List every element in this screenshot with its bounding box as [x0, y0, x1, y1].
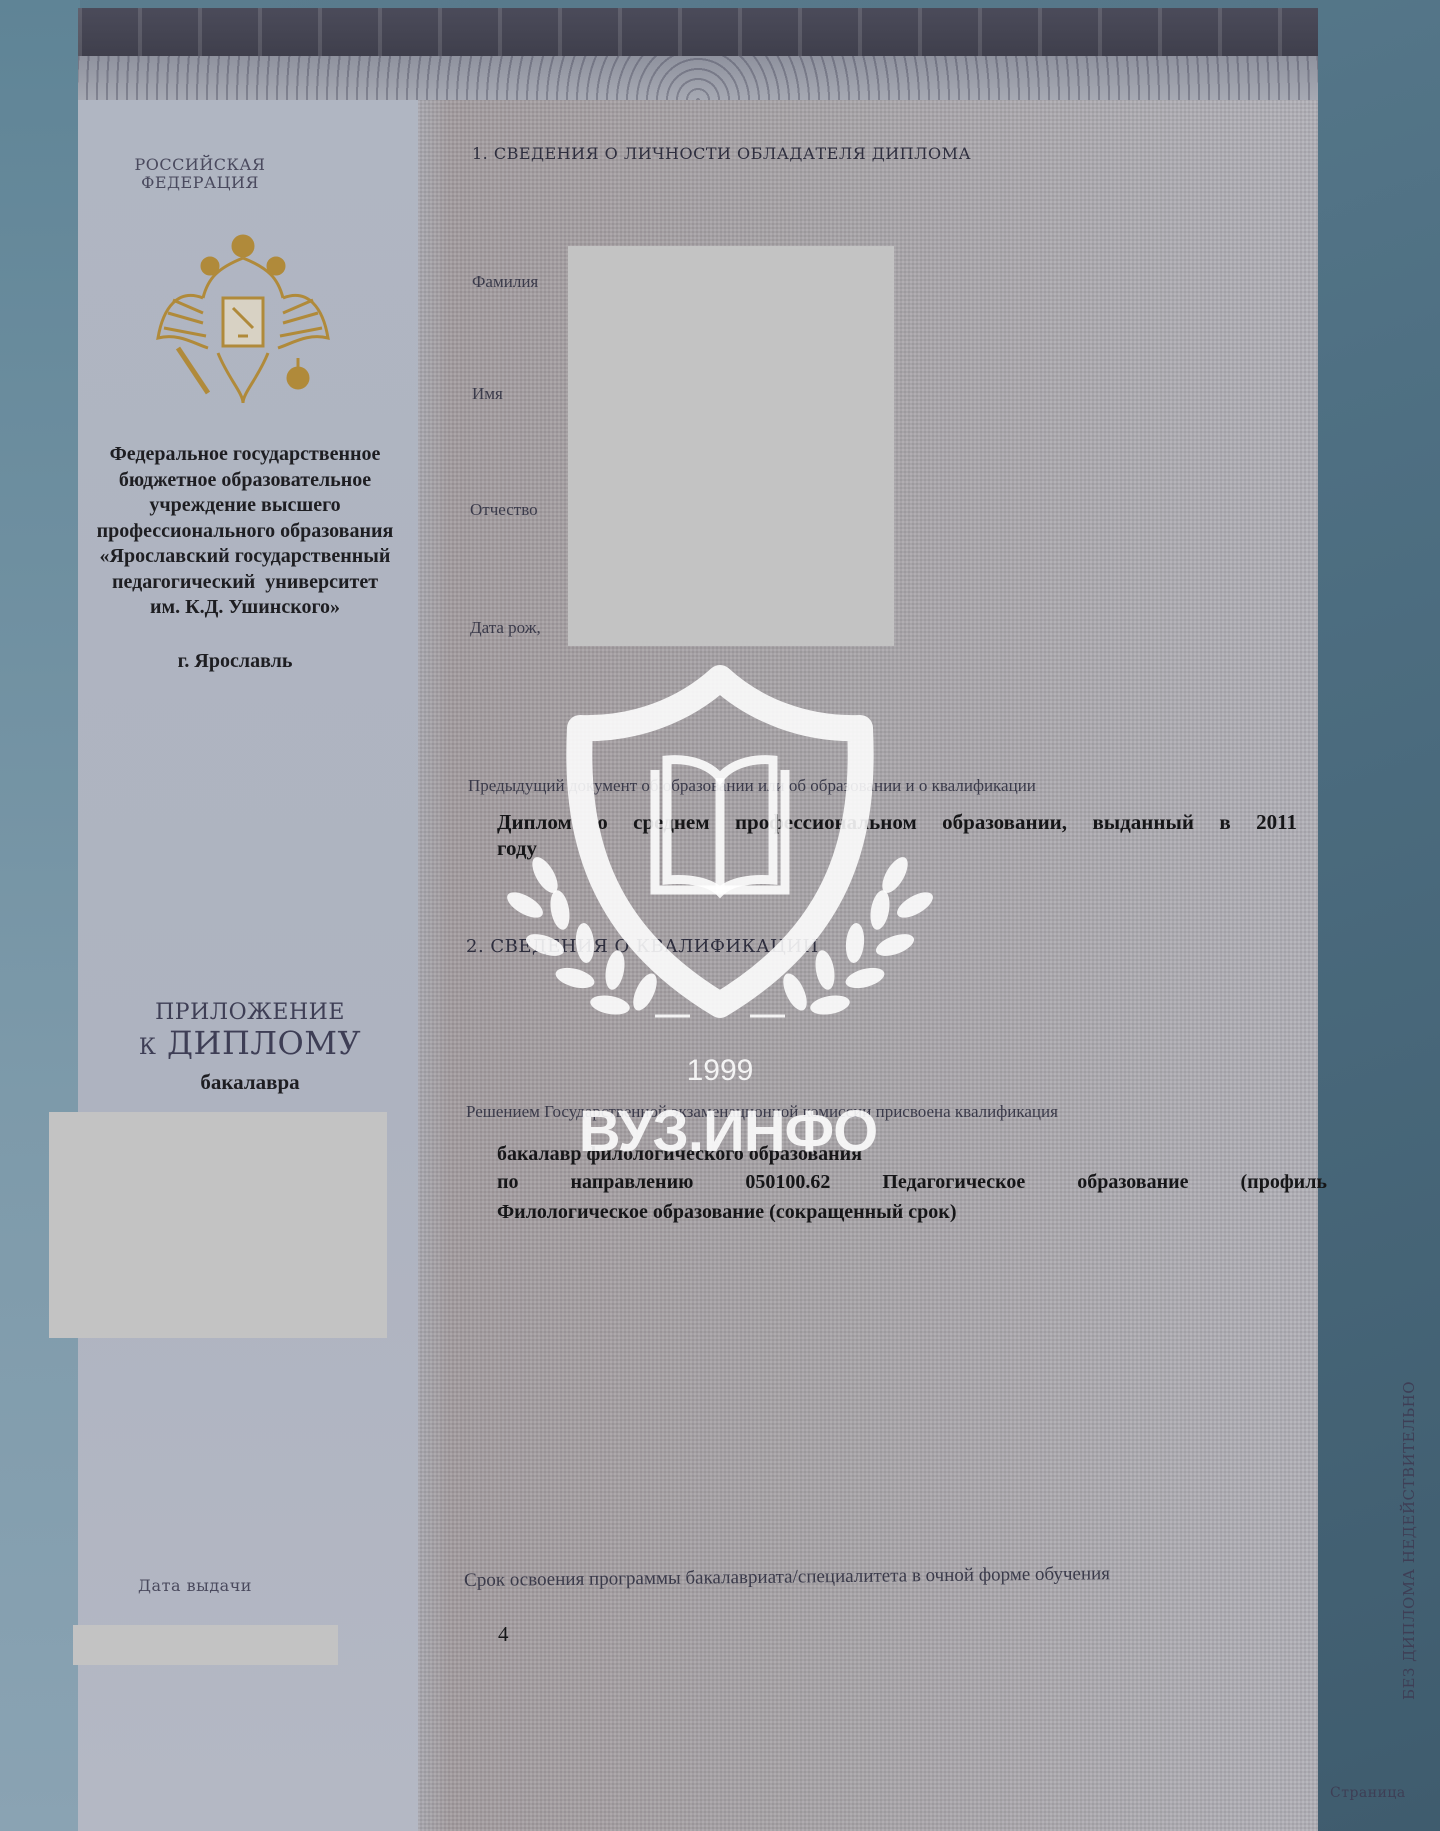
- degree-level: бакалавра: [80, 1070, 420, 1095]
- appendix-diploma: ДИПЛОМУ: [167, 1024, 361, 1062]
- institution-line: «Ярославский государственный: [60, 544, 430, 570]
- country-name: РОССИЙСКАЯ ФЕДЕРАЦИЯ: [100, 156, 300, 192]
- appendix-title-line2: К ДИПЛОМУ: [80, 1024, 420, 1062]
- redacted-personal-data: [568, 246, 894, 646]
- city: г. Ярославль: [60, 650, 410, 673]
- institution-line: Федеральное государственное: [60, 442, 430, 468]
- section-1-title: 1. СВЕДЕНИЯ О ЛИЧНОСТИ ОБЛАДАТЕЛЯ ДИПЛОМ…: [472, 144, 971, 163]
- shield-book-laurel-icon: [505, 660, 935, 1060]
- surname-label: Фамилия: [472, 272, 538, 292]
- decorative-guilloche-band: [78, 56, 1318, 100]
- redacted-diploma-number: [49, 1112, 387, 1338]
- qualification-line3: Филологическое образование (сокращенный …: [497, 1201, 956, 1224]
- watermark-year: 1999: [680, 1054, 760, 1088]
- coat-of-arms-icon: [148, 228, 338, 413]
- institution-line: учреждение высшего: [60, 493, 430, 519]
- country-line-1: РОССИЙСКАЯ: [100, 156, 300, 174]
- patronymic-label: Отчество: [470, 500, 538, 520]
- redacted-issue-date: [73, 1625, 338, 1665]
- appendix-k: К: [139, 1035, 157, 1060]
- watermark-brand: ВУЗ.ИНФО: [558, 1098, 898, 1165]
- birthdate-label: Дата рож,: [470, 618, 541, 638]
- issue-date-label: Дата выдачи: [60, 1576, 330, 1595]
- institution-line: профессионального образования: [60, 519, 430, 545]
- institution-line: им. К.Д. Ушинского»: [60, 595, 430, 621]
- invalid-without-diploma-note: БЕЗ ДИПЛОМА НЕДЕЙСТВИТЕЛЬНО: [1400, 1360, 1420, 1700]
- country-line-2: ФЕДЕРАЦИЯ: [100, 174, 300, 192]
- study-duration-value: 4: [498, 1622, 509, 1647]
- page-label: Страница: [1330, 1785, 1406, 1801]
- name-label: Имя: [472, 384, 503, 404]
- appendix-title-line1: ПРИЛОЖЕНИЕ: [80, 1000, 420, 1025]
- qualification-line2: по направлению 050100.62 Педагогическое …: [497, 1171, 1327, 1194]
- institution-line: педагогический университет: [60, 570, 430, 596]
- institution-name: Федеральное государственное бюджетное об…: [60, 442, 430, 621]
- fabric-background: [0, 0, 80, 1831]
- decorative-top-band: [78, 8, 1318, 56]
- institution-line: бюджетное образовательное: [60, 468, 430, 494]
